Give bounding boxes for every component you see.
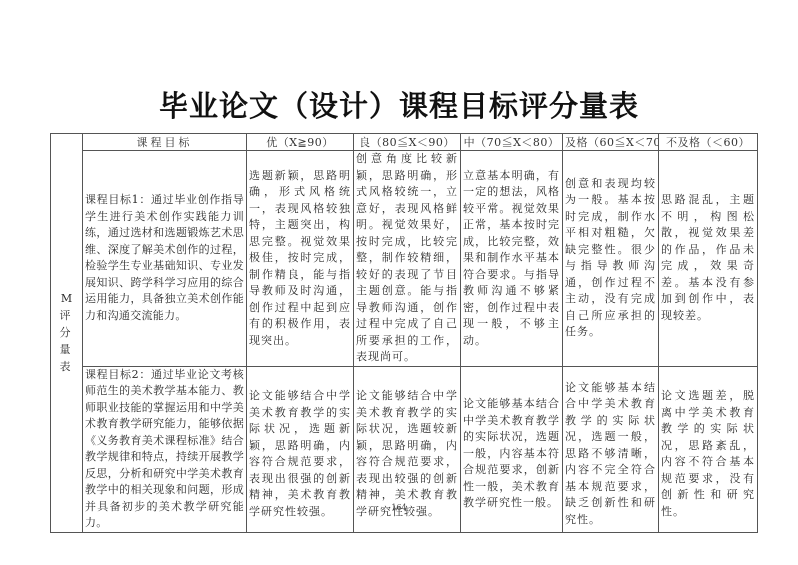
side-label-line1: M <box>53 290 80 307</box>
header-excellent: 优（X≧90） <box>247 134 354 151</box>
header-average: 中（70≦X＜80） <box>461 134 563 151</box>
good-1-cell: 创意角度比较新颖，思路明确，形式风格较统一，立意好，表现风格鲜明。视觉效果好，按… <box>354 151 461 367</box>
page-title: 毕业论文（设计）课程目标评分量表 <box>0 84 798 125</box>
objective-1-cell: 课程目标1：通过毕业创作指导学生进行美术创作实践能力训练，通过选材和选题锻炼艺术… <box>83 151 247 367</box>
average-1-cell: 立意基本明确，有一定的想法，风格较平常。视觉效果正常，基本按时完成，比较完整，效… <box>461 151 563 367</box>
pass-1-cell: 创意和表现均较为一般。基本按时完成，制作水平相对粗糙，欠缺完整性。很少与指导教师… <box>563 151 659 367</box>
header-good: 良（80≦X＜90） <box>354 134 461 151</box>
rubric-table: M 评分 量表 课程目标 优（X≧90） 良（80≦X＜90） 中（70≦X＜8… <box>50 133 758 533</box>
header-course-objective: 课程目标 <box>83 134 247 151</box>
fail-1-cell: 思路混乱，主题不明，构图松散，视觉效果差的作品，作品未完成，效果奇差。基本没有参… <box>659 151 758 367</box>
side-label-line3: 量表 <box>53 341 80 375</box>
header-fail: 不及格（＜60） <box>659 134 758 151</box>
table-header-row: M 评分 量表 课程目标 优（X≧90） 良（80≦X＜90） 中（70≦X＜8… <box>51 134 758 151</box>
side-label-cell: M 评分 量表 <box>51 134 83 533</box>
header-pass: 及格（60≦X＜70） <box>563 134 659 151</box>
side-label-line2: 评分 <box>53 307 80 341</box>
page-number: 164 <box>0 503 798 512</box>
excellent-1-cell: 选题新颖，思路明确，形式风格统一，表现风格较独特，主题突出，构思完整。视觉效果极… <box>247 151 354 367</box>
table-row: 课程目标1：通过毕业创作指导学生进行美术创作实践能力训练，通过选材和选题锻炼艺术… <box>51 151 758 367</box>
